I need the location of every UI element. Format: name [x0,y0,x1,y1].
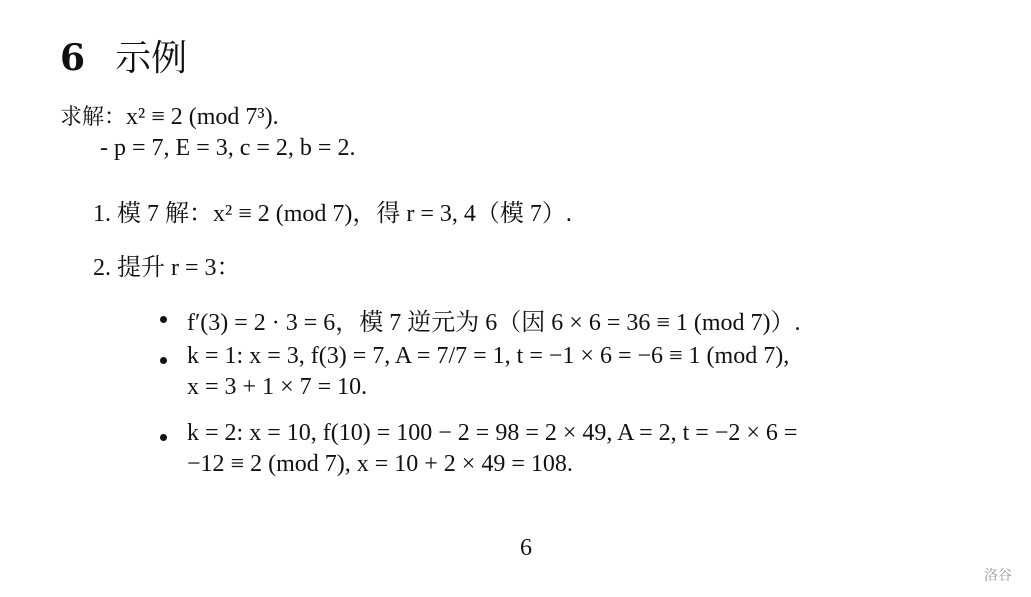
section-number: 6 [60,37,85,79]
problem-statement: 求解：x² ≡ 2 (mod 7³). [60,100,279,131]
bullet-icon [160,357,167,364]
step-text: 提升 r = 3： [117,255,241,281]
bullet-icon [160,434,167,441]
bullet-item-2-line-2: x = 3 + 1 × 7 = 10. [187,374,367,401]
problem-equation: x² ≡ 2 (mod 7³). [126,104,279,130]
bullet-item-3-line-2: −12 ≡ 2 (mod 7), x = 10 + 2 × 49 = 108. [187,451,573,478]
page-number: 6 [520,535,532,562]
bullet-item-3-line-1: k = 2: x = 10, f(10) = 100 − 2 = 98 = 2 … [187,420,797,447]
problem-prefix: 求解： [60,105,126,130]
step-1: 1. 模 7 解：x² ≡ 2 (mod 7)，得 r = 3, 4（模 7）. [93,193,572,228]
step-label: 2. [93,255,111,281]
bullet-item-1: f′(3) = 2 · 3 = 6，模 7 逆元为 6（因 6 × 6 = 36… [187,302,801,337]
bullet-item-2-line-1: k = 1: x = 3, f(3) = 7, A = 7/7 = 1, t =… [187,343,789,370]
step-text: 模 7 解：x² ≡ 2 (mod 7)，得 r = 3, 4（模 7）. [117,201,572,227]
step-label: 1. [93,201,111,227]
watermark: 洛谷 [984,565,1012,585]
section-heading: 6示例 [60,30,187,81]
problem-params: - p = 7, E = 3, c = 2, b = 2. [100,135,355,162]
step-2: 2. 提升 r = 3： [93,247,241,282]
section-title: 示例 [115,38,187,79]
bullet-icon [160,316,167,323]
